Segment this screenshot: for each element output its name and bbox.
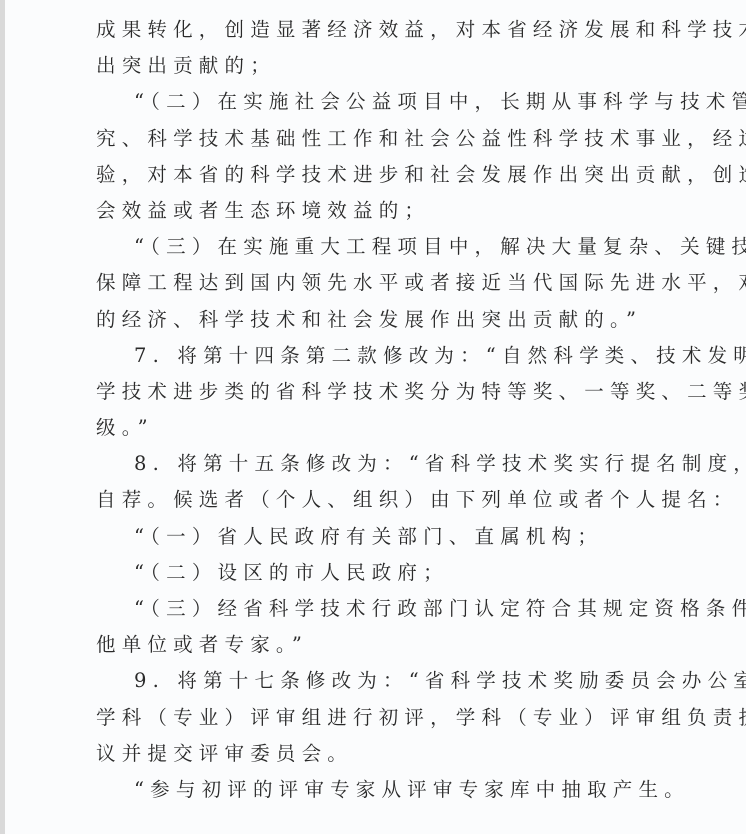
text-line: 议并提交评审委员会。 bbox=[96, 736, 656, 772]
text-line: 7. 将第十四条第二款修改为：“自然科学类、技术发明类和科 bbox=[96, 338, 656, 374]
paragraph-item-3: “（三）在实施重大工程项目中，解决大量复杂、关键技术问题， 保障工程达到国内领先… bbox=[96, 229, 656, 338]
text-line: “（一）省人民政府有关部门、直属机构； bbox=[96, 519, 656, 555]
text-line: 学科（专业）评审组进行初评，学科（专业）评审组负责提出初评建 bbox=[96, 700, 656, 736]
text-line: “（二）在实施社会公益项目中，长期从事科学与技术管理研 bbox=[96, 84, 656, 120]
text-line: 的经济、科学技术和社会发展作出突出贡献的。” bbox=[96, 302, 656, 338]
paragraph-nominator-2: “（二）设区的市人民政府； bbox=[96, 555, 656, 591]
paragraph-amendment-8: 8. 将第十五条修改为：“省科学技术奖实行提名制度，不受理 自荐。候选者（个人、… bbox=[96, 446, 656, 518]
paragraph-item-2: “（二）在实施社会公益项目中，长期从事科学与技术管理研 究、科学技术基础性工作和… bbox=[96, 84, 656, 229]
text-line: 出突出贡献的； bbox=[96, 48, 656, 84]
text-line: 究、科学技术基础性工作和社会公益性科学技术事业，经过实践检 bbox=[96, 121, 656, 157]
text-line: 自荐。候选者（个人、组织）由下列单位或者个人提名： bbox=[96, 482, 656, 518]
text-line: “（三）在实施重大工程项目中，解决大量复杂、关键技术问题， bbox=[96, 229, 656, 265]
text-line: 9. 将第十七条修改为：“省科学技术奖励委员会办公室设立 bbox=[96, 663, 656, 699]
page-left-border bbox=[0, 0, 5, 834]
text-line: 他单位或者专家。” bbox=[96, 627, 656, 663]
paragraph-nominator-3: “（三）经省科学技术行政部门认定符合其规定资格条件的其 他单位或者专家。” bbox=[96, 591, 656, 663]
paragraph-amendment-9: 9. 将第十七条修改为：“省科学技术奖励委员会办公室设立 学科（专业）评审组进行… bbox=[96, 663, 656, 772]
text-line: 学技术进步类的省科学技术奖分为特等奖、一等奖、二等奖三个等 bbox=[96, 374, 656, 410]
text-line: 级。” bbox=[96, 410, 656, 446]
text-line: “（二）设区的市人民政府； bbox=[96, 555, 656, 591]
text-line: 保障工程达到国内领先水平或者接近当代国际先进水平，对本省 bbox=[96, 265, 656, 301]
paragraph-continuation: 成果转化，创造显著经济效益，对本省经济发展和科学技术进步作 出突出贡献的； bbox=[96, 12, 656, 84]
paragraph-amendment-7: 7. 将第十四条第二款修改为：“自然科学类、技术发明类和科 学技术进步类的省科学… bbox=[96, 338, 656, 447]
text-line: 会效益或者生态环境效益的； bbox=[96, 193, 656, 229]
text-line: “（三）经省科学技术行政部门认定符合其规定资格条件的其 bbox=[96, 591, 656, 627]
paragraph-review-experts: “参与初评的评审专家从评审专家库中抽取产生。 bbox=[96, 772, 656, 808]
text-line: 成果转化，创造显著经济效益，对本省经济发展和科学技术进步作 bbox=[96, 12, 656, 48]
text-line: 8. 将第十五条修改为：“省科学技术奖实行提名制度，不受理 bbox=[96, 446, 656, 482]
paragraph-nominator-1: “（一）省人民政府有关部门、直属机构； bbox=[96, 519, 656, 555]
document-page: 成果转化，创造显著经济效益，对本省经济发展和科学技术进步作 出突出贡献的； “（… bbox=[96, 12, 656, 808]
text-line: “参与初评的评审专家从评审专家库中抽取产生。 bbox=[96, 772, 656, 808]
text-line: 验，对本省的科学技术进步和社会发展作出突出贡献，创造显著社 bbox=[96, 157, 656, 193]
